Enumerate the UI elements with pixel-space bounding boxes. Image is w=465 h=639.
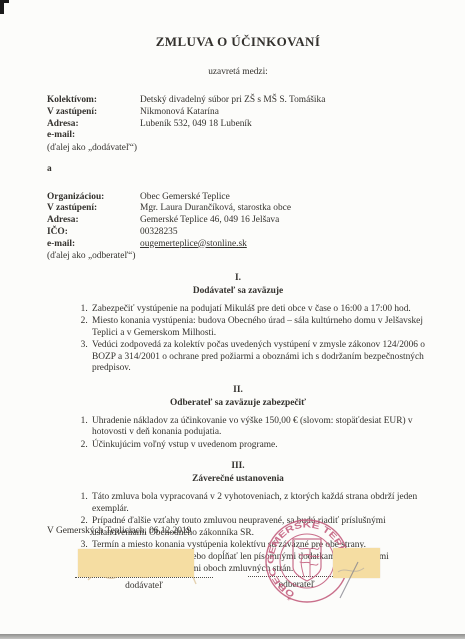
field-label: Organizáciou: <box>47 192 140 204</box>
signature-line-supplier <box>75 577 213 578</box>
field-value: Mgr. Laura Durančíková, starostka obce <box>140 203 429 215</box>
field-value: 00328235 <box>140 227 429 239</box>
field-value: Obec Gemerské Teplice <box>140 192 429 204</box>
field-label: e-mail: <box>47 239 140 251</box>
field-value: Lubeník 532, 049 18 Lubeník <box>140 119 429 131</box>
field-value <box>140 130 429 142</box>
list-item: Účinkujúcim voľný vstup v uvedenom progr… <box>90 440 429 452</box>
field-row: Organizáciou: Obec Gemerské Teplice <box>47 192 429 204</box>
section-heading: Záverečné ustanovenia <box>47 474 429 486</box>
field-value: Detský divadelný súbor pri ZŠ s MŠ S. To… <box>140 95 429 107</box>
field-row: V zastúpení: Mgr. Laura Durančíková, sta… <box>47 203 429 215</box>
field-label: V zastúpení: <box>47 203 140 215</box>
field-value: Gemerské Teplice 46, 049 16 Jelšava <box>140 215 429 227</box>
field-row: Adresa: Lubeník 532, 049 18 Lubeník <box>47 119 429 131</box>
field-label: Kolektívom: <box>47 95 140 107</box>
contract-body: ZMLUVA O ÚČINKOVANÍ uzavretá medzi: Kole… <box>0 0 465 576</box>
field-row: Kolektívom: Detský divadelný súbor pri Z… <box>47 95 429 107</box>
field-row: e-mail: <box>47 130 429 142</box>
section-number: II. <box>47 385 429 397</box>
email-link: ougemerteplice@stonline.sk <box>140 239 429 251</box>
field-row: e-mail: ougemerteplice@stonline.sk <box>47 239 429 251</box>
section-items: Zabezpečiť vystúpenie na podujatí Mikulá… <box>47 304 429 376</box>
field-row: Adresa: Gemerské Teplice 46, 049 16 Jelš… <box>47 215 429 227</box>
stamp-star-icon: ✶ <box>286 595 292 603</box>
party-customer-block: Organizáciou: Obec Gemerské Teplice V za… <box>47 192 429 264</box>
field-label: Adresa: <box>47 119 140 131</box>
list-item: Uhradenie nákladov za účinkovanie vo výš… <box>90 416 429 440</box>
parties-connector: a <box>47 164 429 176</box>
field-label: e-mail: <box>47 130 140 142</box>
section-heading: Odberateľ sa zaväzuje zabezpečiť <box>47 398 429 410</box>
party-alias: (ďalej ako „dodávateľ“) <box>47 143 429 155</box>
document-subtitle: uzavretá medzi: <box>47 67 429 79</box>
list-item: Vedúci zodpovedá za kolektív počas uvede… <box>90 340 429 375</box>
list-item: Miesto konania vystúpenia: budova Obecné… <box>90 316 429 340</box>
section-number: I. <box>47 273 429 285</box>
party-supplier-block: Kolektívom: Detský divadelný súbor pri Z… <box>47 95 429 155</box>
signature-redaction <box>78 549 194 577</box>
field-label: Adresa: <box>47 215 140 227</box>
field-label: IČO: <box>47 227 140 239</box>
field-row: V zastúpení: Nikmonová Katarína <box>47 107 429 119</box>
section-number: III. <box>47 461 429 473</box>
signature-label-supplier: dodávateľ <box>75 581 213 591</box>
field-row: IČO: 00328235 <box>47 227 429 239</box>
date-place-line: V Gemerských Tepliciach, 06.12.2019 <box>47 526 191 536</box>
section-heading: Dodávateľ sa zaväzuje <box>47 286 429 298</box>
list-item: Zabezpečiť vystúpenie na podujatí Mikulá… <box>90 304 429 316</box>
field-label: V zastúpení: <box>47 107 140 119</box>
list-item: Táto zmluva bola vypracovaná v 2 vyhotov… <box>90 492 429 516</box>
party-alias: (ďalej ako „odberateľ“) <box>47 251 429 263</box>
field-value: Nikmonová Katarína <box>140 107 429 119</box>
scanned-contract-page: ZMLUVA O ÚČINKOVANÍ uzavretá medzi: Kole… <box>0 0 465 639</box>
signature-redaction <box>333 548 380 578</box>
document-title: ZMLUVA O ÚČINKOVANÍ <box>47 34 429 50</box>
scan-edge-artifact <box>0 634 465 639</box>
section-items: Uhradenie nákladov za účinkovanie vo výš… <box>47 416 429 452</box>
